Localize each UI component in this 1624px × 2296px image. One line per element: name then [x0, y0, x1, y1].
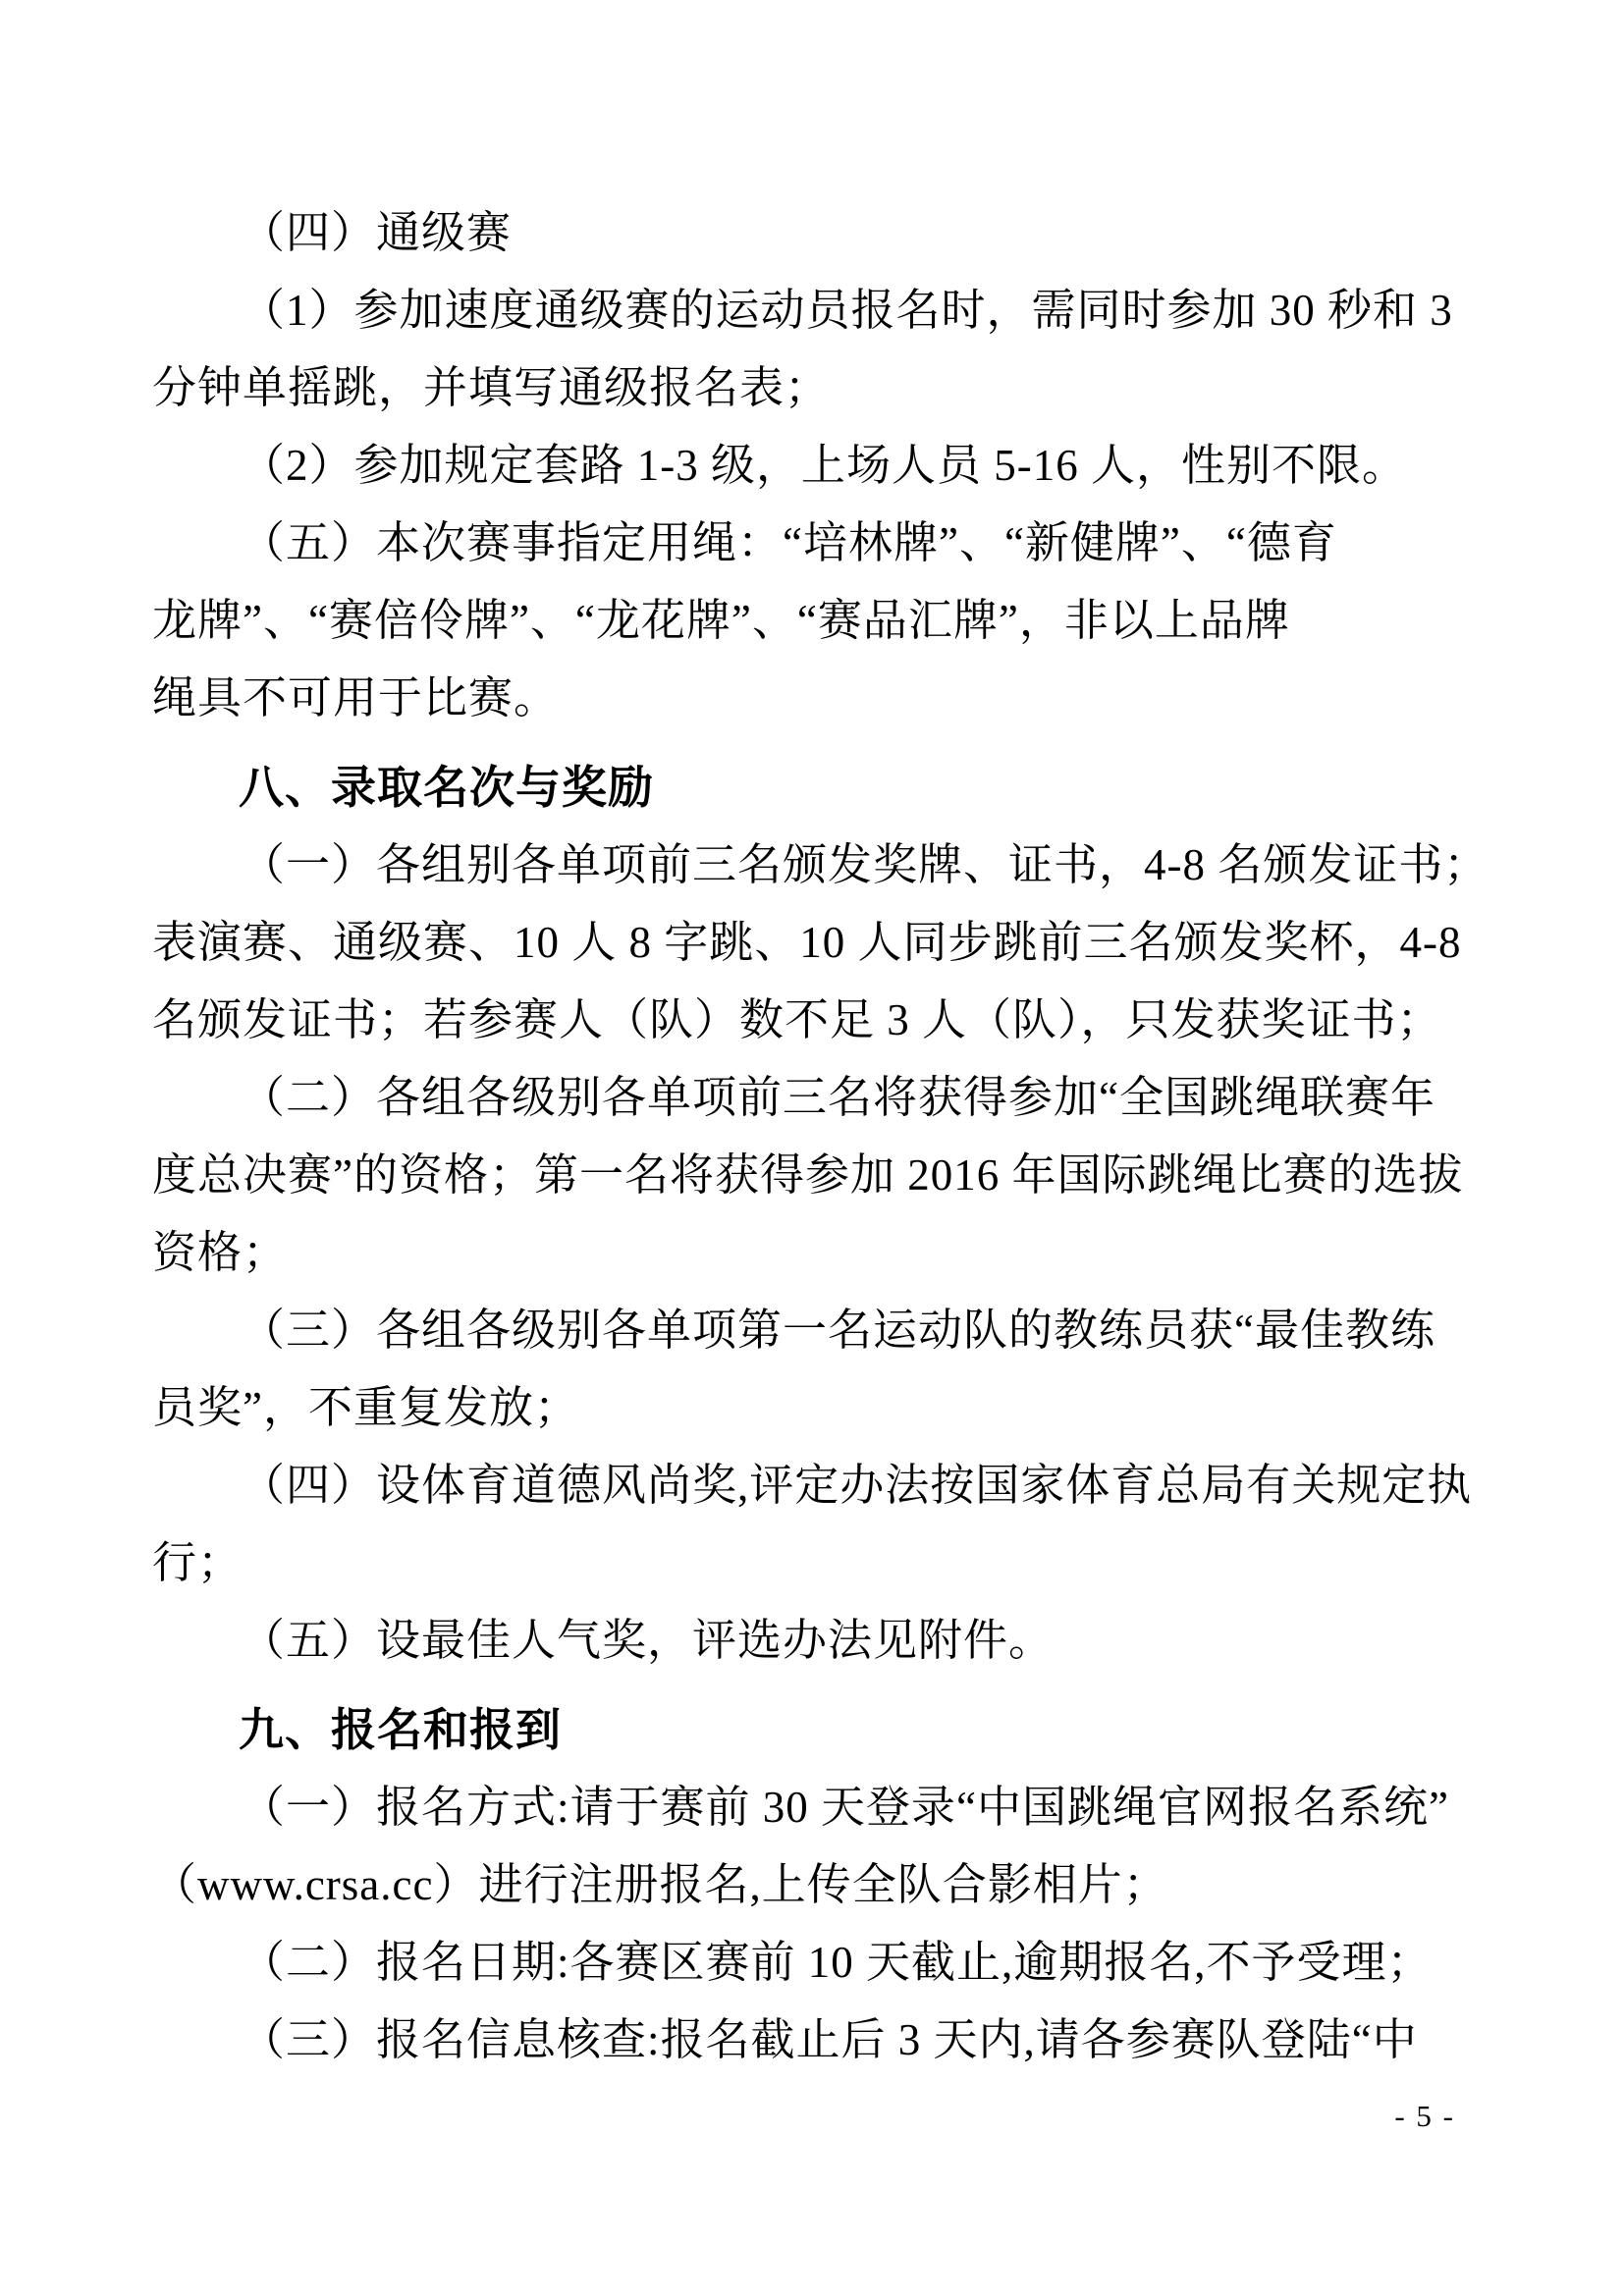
- text-line: （二）各组各级别各单项前三名将获得参加“全国跳绳联赛年: [152, 1059, 1478, 1137]
- text-line: （一）各组别各单项前三名颁发奖牌、证书，4-8 名颁发证书；: [152, 827, 1478, 904]
- text-line: （二）报名日期:各赛区赛前 10 天截止,逾期报名,不予受理；: [152, 1924, 1478, 2002]
- text-line: 分钟单摇跳，并填写通级报名表；: [152, 349, 1478, 427]
- text-line: 龙牌”、“赛倍伶牌”、“龙花牌”、“赛品汇牌”，非以上品牌: [152, 582, 1478, 660]
- text-line: （三）各组各级别各单项第一名运动队的教练员获“最佳教练: [152, 1292, 1478, 1369]
- text-line: （五）本次赛事指定用绳：“培林牌”、“新健牌”、“德育: [152, 505, 1478, 582]
- text-line: （四）通级赛: [152, 194, 1478, 272]
- text-line: 绳具不可用于比赛。: [152, 660, 1478, 737]
- text-line: 度总决赛”的资格；第一名将获得参加 2016 年国际跳绳比赛的选拔: [152, 1137, 1478, 1214]
- text-line: （五）设最佳人气奖，评选办法见附件。: [152, 1602, 1478, 1680]
- text-line: （2）参加规定套路 1-3 级，上场人员 5-16 人，性别不限。: [152, 427, 1478, 505]
- document-page: （四）通级赛 （1）参加速度通级赛的运动员报名时，需同时参加 30 秒和 3 分…: [0, 0, 1624, 2296]
- text-line: （三）报名信息核查:报名截止后 3 天内,请各参赛队登陆“中: [152, 2002, 1478, 2079]
- text-line: 资格；: [152, 1214, 1478, 1292]
- section-heading: 八、录取名次与奖励: [152, 749, 1478, 827]
- text-line: （四）设体育道德风尚奖,评定办法按国家体育总局有关规定执: [152, 1447, 1478, 1524]
- text-line: 名颁发证书；若参赛人（队）数不足 3 人（队），只发获奖证书；: [152, 982, 1478, 1059]
- text-line: （一）报名方式:请于赛前 30 天登录“中国跳绳官网报名系统”: [152, 1769, 1478, 1846]
- document-body: （四）通级赛 （1）参加速度通级赛的运动员报名时，需同时参加 30 秒和 3 分…: [152, 194, 1478, 2079]
- text-line: 表演赛、通级赛、10 人 8 字跳、10 人同步跳前三名颁发奖杯，4-8: [152, 904, 1478, 982]
- page-number: - 5 -: [1394, 2097, 1455, 2136]
- section-heading: 九、报名和报到: [152, 1691, 1478, 1769]
- text-line: （www.crsa.cc）进行注册报名,上传全队合影相片；: [152, 1846, 1478, 1924]
- text-line: 行；: [152, 1524, 1478, 1602]
- text-line: 员奖”，不重复发放；: [152, 1369, 1478, 1447]
- text-line: （1）参加速度通级赛的运动员报名时，需同时参加 30 秒和 3: [152, 272, 1478, 349]
